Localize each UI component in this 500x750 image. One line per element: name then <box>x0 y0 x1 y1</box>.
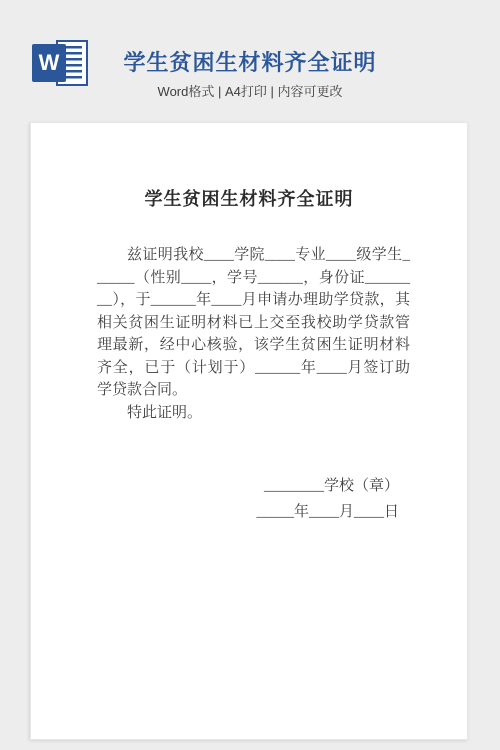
signature-block: ________学校（章） _____年____月____日 <box>31 473 467 525</box>
template-subtitle: Word格式 | A4打印 | 内容可更改 <box>0 81 500 100</box>
closing-statement: 特此证明。 <box>97 402 410 425</box>
document-body: 兹证明我校____学院____专业____级学生______（性别____，学号… <box>31 244 467 424</box>
certificate-paragraph: 兹证明我校____学院____专业____级学生______（性别____，学号… <box>97 244 410 402</box>
signature-school-line: ________学校（章） <box>31 473 399 499</box>
signature-date-line: _____年____月____日 <box>31 499 399 525</box>
preview-header: W 学生贫困生材料齐全证明 Word格式 | A4打印 | 内容可更改 <box>0 0 500 122</box>
template-title: 学生贫困生材料齐全证明 <box>0 46 500 77</box>
document-page: 学生贫困生材料齐全证明 兹证明我校____学院____专业____级学生____… <box>30 122 468 740</box>
document-title: 学生贫困生材料齐全证明 <box>31 185 467 211</box>
